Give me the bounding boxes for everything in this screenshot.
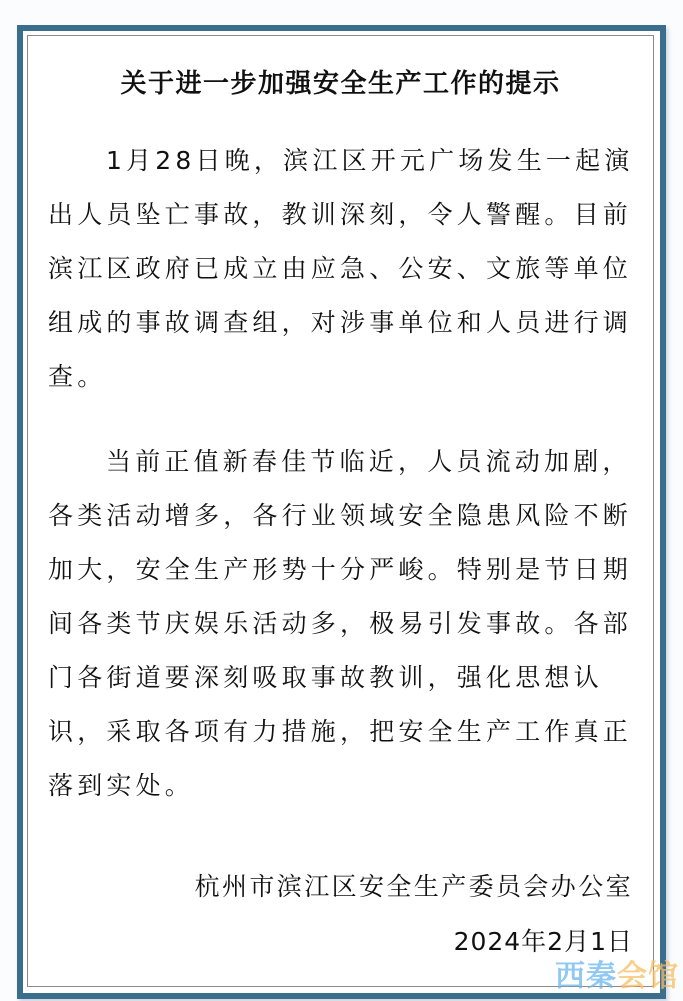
paragraph-line: 查。: [48, 350, 638, 404]
paragraph-line: 各类活动增多，各行业领域安全隐患风险不断: [48, 489, 638, 543]
watermark-text-blue: 西秦: [555, 959, 617, 994]
paragraph-line: 加大，安全生产形势十分严峻。特别是节日期: [48, 543, 638, 597]
paragraph-line: 落到实处。: [48, 759, 638, 813]
paragraph-1: 1月28日晚，滨江区开元广场发生一起演 出人员坠亡事故，教训深刻，令人警醒。目前…: [48, 134, 638, 404]
paragraph-line: 识，采取各项有力措施，把安全生产工作真正: [48, 705, 638, 759]
paragraph-line: 门各街道要深刻吸取事故教训，强化思想认: [48, 651, 638, 705]
issuer-signature: 杭州市滨江区安全生产委员会办公室: [195, 860, 633, 914]
paragraph-line: 当前正值新春佳节临近，人员流动加剧，: [48, 435, 638, 489]
paragraph-line: 组成的事故调查组，对涉事单位和人员进行调: [48, 296, 638, 350]
paragraph-2: 当前正值新春佳节临近，人员流动加剧， 各类活动增多，各行业领域安全隐患风险不断 …: [48, 435, 638, 813]
paragraph-line: 出人员坠亡事故，教训深刻，令人警醒。目前: [48, 188, 638, 242]
document-title: 关于进一步加强安全生产工作的提示: [27, 64, 654, 104]
watermark-text-orange: 会馆: [617, 959, 679, 994]
paragraph-line: 滨江区政府已成立由应急、公安、文旅等单位: [48, 242, 638, 296]
watermark-logo: 西秦会馆: [555, 951, 679, 995]
paragraph-line: 间各类节庆娱乐活动多，极易引发事故。各部: [48, 597, 638, 651]
paragraph-line: 1月28日晚，滨江区开元广场发生一起演: [48, 134, 638, 188]
